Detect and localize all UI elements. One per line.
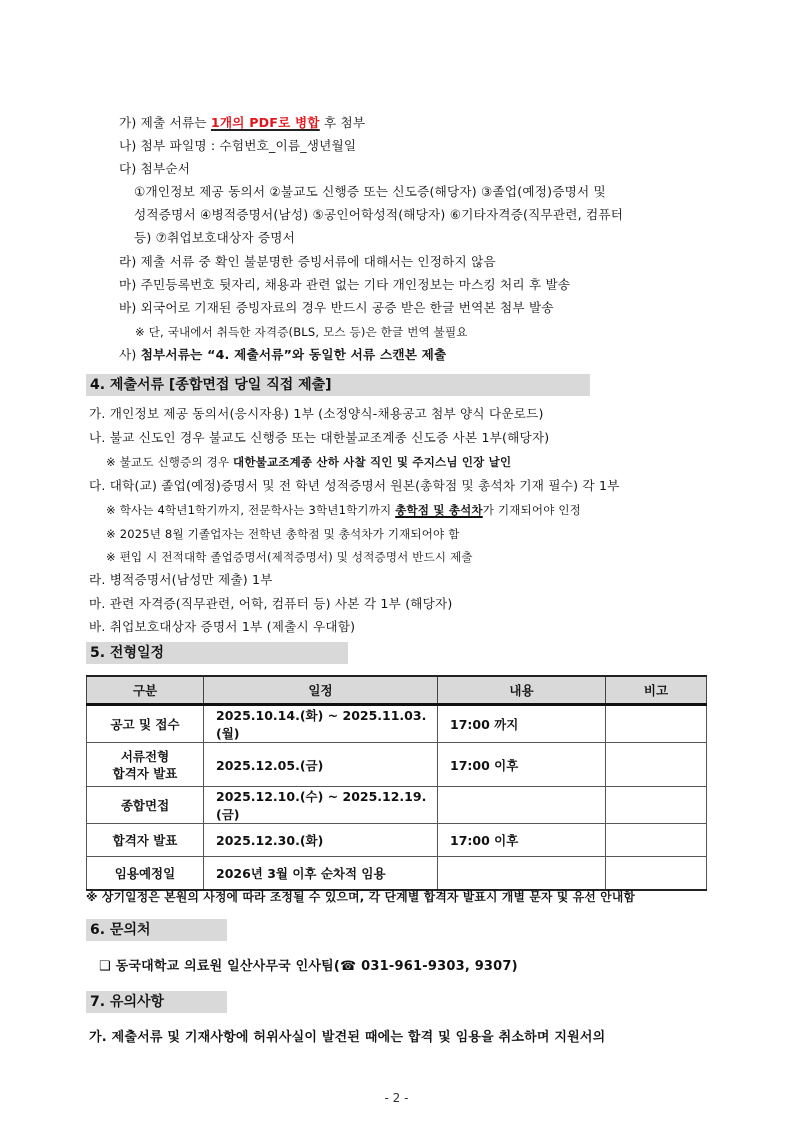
table-row: 임용예정일 2026년 3월 이후 순차적 임용 — [87, 857, 707, 890]
cell-stage: 서류전형 합격자 발표 — [87, 743, 204, 787]
item-ga-text: 가) 제출 서류는 — [119, 115, 211, 130]
checkbox-icon: ❑ — [99, 959, 111, 974]
cell-date: 2025.10.14.(화) ~ 2025.11.03.(월) — [204, 705, 438, 743]
schedule-footnote: ※ 상기일정은 본원의 사정에 따라 조정될 수 있으며, 각 단계별 합격자 … — [86, 889, 635, 905]
phone-icon: ☎ — [340, 959, 356, 974]
col-header-note: 비고 — [606, 676, 707, 705]
sec4-item-ga: 가. 개인정보 제공 동의서(응시자용) 1부 (소정양식-채용공고 첨부 양식… — [89, 406, 544, 422]
cell-date: 2025.12.10.(수) ~ 2025.12.19.(금) — [204, 787, 438, 824]
sec4-item-da: 다. 대학(교) 졸업(예정)증명서 및 전 학년 성적증명서 원본(총학점 및… — [89, 478, 620, 494]
cell-date: 2025.12.05.(금) — [204, 743, 438, 787]
col-header-stage: 구분 — [87, 676, 204, 705]
cell-note — [606, 743, 707, 787]
sec4-item-ma: 마. 관련 자격증(직무관련, 어학, 컴퓨터 등) 사본 각 1부 (해당자) — [89, 596, 453, 612]
col-header-date: 일정 — [204, 676, 438, 705]
cell-detail: 17:00 까지 — [438, 705, 606, 743]
contact-line: ❑ 동국대학교 의료원 일산사무국 인사팀(☎ 031-961-9303, 93… — [99, 959, 518, 975]
table-row: 공고 및 접수 2025.10.14.(화) ~ 2025.11.03.(월) … — [87, 705, 707, 743]
cell-detail: 17:00 이후 — [438, 743, 606, 787]
cell-detail — [438, 787, 606, 824]
sec4-item-da-note2: ※ 2025년 8월 기졸업자는 전학년 총학점 및 총석차가 기재되어야 함 — [106, 526, 460, 542]
col-header-detail: 내용 — [438, 676, 606, 705]
na-note-prefix: ※ 불교도 신행증의 경우 — [106, 455, 233, 469]
cell-stage-line2: 합격자 발표 — [87, 765, 203, 782]
attachment-order-line2: 성적증명서 ④병적증명서(남성) ⑤공인어학성적(해당자) ⑥기타자격증(직무관… — [134, 207, 623, 223]
item-sa: 사) 첨부서류는 “4. 제출서류”와 동일한 서류 스캔본 제출 — [119, 347, 446, 363]
sec4-item-na: 나. 불교 신도인 경우 불교도 신행증 또는 대한불교조계종 신도증 사본 1… — [89, 430, 549, 446]
sec4-item-ba: 바. 취업보호대상자 증명서 1부 (제출시 우대함) — [89, 619, 355, 635]
cell-detail — [438, 857, 606, 890]
cell-note — [606, 824, 707, 857]
item-na: 나) 첨부 파일명 : 수험번호_이름_생년월일 — [119, 138, 356, 154]
sec7-item-ga: 가. 제출서류 및 기재사항에 허위사실이 발견된 때에는 합격 및 임용을 취… — [89, 1030, 605, 1046]
table-row: 합격자 발표 2025.12.30.(화) 17:00 이후 — [87, 824, 707, 857]
merge-pdf-highlight: 1개의 PDF로 병합 — [211, 115, 320, 130]
sec4-item-ra: 라. 병적증명서(남성만 제출) 1부 — [89, 572, 273, 588]
attachment-order-line1: ①개인정보 제공 동의서 ②불교도 신행증 또는 신도증(해당자) ③졸업(예정… — [134, 184, 606, 200]
table-row: 서류전형 합격자 발표 2025.12.05.(금) 17:00 이후 — [87, 743, 707, 787]
item-sa-bold: 첨부서류는 “4. 제출서류”와 동일한 서류 스캔본 제출 — [141, 347, 447, 362]
item-ba: 바) 외국어로 기재된 증빙자료의 경우 반드시 공증 받은 한글 번역본 첨부… — [119, 300, 554, 316]
sec4-item-da-note3: ※ 편입 시 전적대학 졸업증명서(제적증명서) 및 성적증명서 반드시 제출 — [106, 549, 473, 565]
item-da: 다) 첨부순서 — [119, 161, 190, 177]
da-note1-prefix: ※ 학사는 4학년1학기까지, 전문학사는 3학년1학기까지 — [106, 503, 395, 517]
cell-note — [606, 857, 707, 890]
sec4-item-na-note: ※ 불교도 신행증의 경우 대한불교조계종 산하 사찰 직인 및 주지스님 인장… — [106, 454, 511, 470]
item-ba-note: ※ 단, 국내에서 취득한 자격증(BLS, 모스 등)은 한글 번역 불필요 — [135, 324, 468, 340]
sec4-item-da-note1: ※ 학사는 4학년1학기까지, 전문학사는 3학년1학기까지 총학점 및 총석차… — [106, 502, 581, 518]
cell-detail: 17:00 이후 — [438, 824, 606, 857]
item-ma: 마) 주민등록번호 뒷자리, 채용과 관련 없는 기타 개인정보는 마스킹 처리… — [119, 277, 570, 293]
phone-number: 031-961-9303, 9307) — [356, 959, 517, 974]
section-6-header: 6. 문의처 — [86, 919, 227, 941]
da-note1-bold: 총학점 및 총석차 — [395, 503, 483, 517]
schedule-table: 구분 일정 내용 비고 공고 및 접수 2025.10.14.(화) ~ 202… — [86, 675, 707, 891]
contact-text: 동국대학교 의료원 일산사무국 인사팀( — [116, 959, 340, 974]
item-ra: 라) 제출 서류 중 확인 불분명한 증빙서류에 대해서는 인정하지 않음 — [119, 254, 496, 270]
section-4-header: 4. 제출서류 [종합면접 당일 직접 제출] — [86, 374, 590, 396]
da-note1-suffix: 가 기재되어야 인정 — [483, 503, 581, 517]
item-sa-prefix: 사) — [119, 347, 141, 362]
cell-stage: 합격자 발표 — [87, 824, 204, 857]
cell-stage: 임용예정일 — [87, 857, 204, 890]
table-row: 종합면접 2025.12.10.(수) ~ 2025.12.19.(금) — [87, 787, 707, 824]
attachment-order-line3: 등) ⑦취업보호대상자 증명서 — [134, 230, 295, 246]
item-ga-suffix: 후 첨부 — [320, 115, 366, 130]
section-7-header: 7. 유의사항 — [86, 991, 227, 1013]
cell-stage-line1: 서류전형 — [87, 748, 203, 765]
cell-date: 2026년 3월 이후 순차적 임용 — [204, 857, 438, 890]
cell-note — [606, 705, 707, 743]
section-5-header: 5. 전형일정 — [86, 642, 348, 664]
table-header-row: 구분 일정 내용 비고 — [87, 676, 707, 705]
cell-stage: 공고 및 접수 — [87, 705, 204, 743]
cell-stage: 종합면접 — [87, 787, 204, 824]
item-ga: 가) 제출 서류는 1개의 PDF로 병합 후 첨부 — [119, 115, 365, 131]
na-note-bold: 대한불교조계종 산하 사찰 직인 및 주지스님 인장 날인 — [233, 455, 511, 469]
cell-date: 2025.12.30.(화) — [204, 824, 438, 857]
cell-note — [606, 787, 707, 824]
page-number: - 2 - — [0, 1091, 793, 1105]
